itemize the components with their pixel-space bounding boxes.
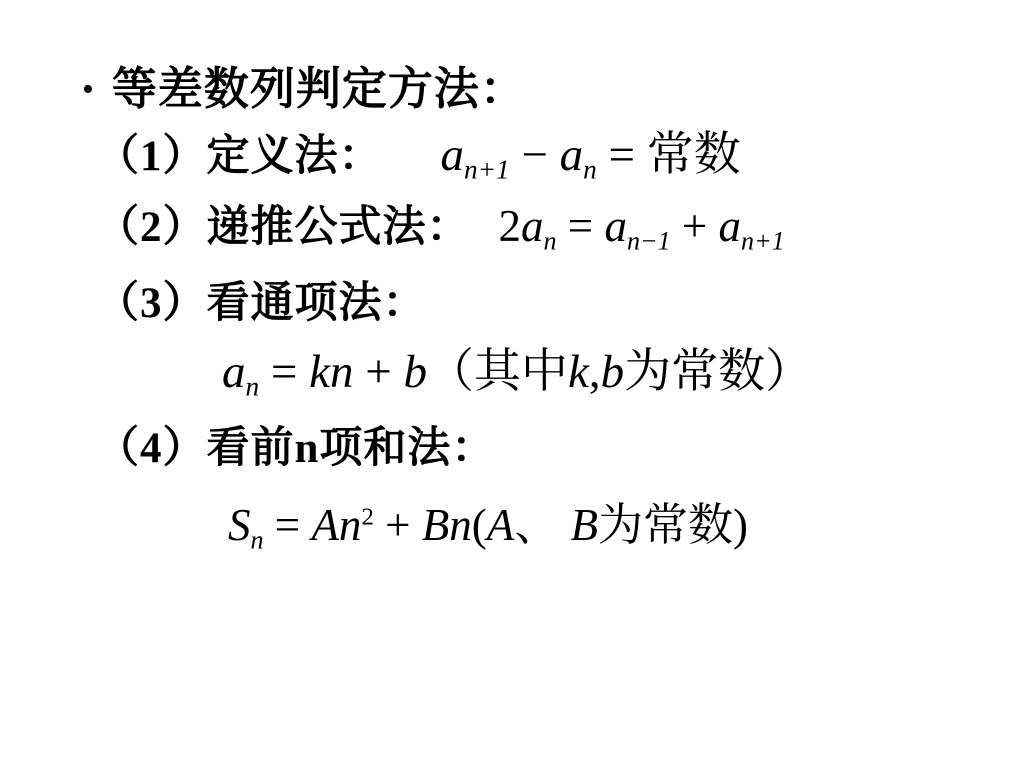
method-2-label: （2）递推公式法： [96, 193, 471, 254]
method-1-label: （1）定义法： [96, 122, 383, 183]
formula-general-term: an = kn + b（其中k,b为常数） [222, 334, 812, 403]
method-3-label: （3）看通项法： [96, 269, 427, 330]
slide: • 等差数列判定方法： （1）定义法： an+1 − an = 常数 （2）递推… [0, 0, 1024, 768]
title-line: • 等差数列判定方法： [82, 52, 526, 117]
method-1-line: （1）定义法： an+1 − an = 常数 [96, 117, 741, 186]
formula-definition: an+1 − an = 常数 [441, 117, 741, 186]
method-4-formula-line: Sn = An2 + Bn(A、 B为常数) [228, 488, 748, 555]
page-title: 等差数列判定方法： [112, 52, 526, 117]
method-3-formula-line: an = kn + b（其中k,b为常数） [222, 334, 812, 403]
bullet-icon: • [82, 73, 94, 107]
method-4-line: （4）看前n项和法： [96, 414, 495, 475]
formula-partial-sum: Sn = An2 + Bn(A、 B为常数) [228, 488, 748, 555]
formula-recurrence: 2an = an−1 + an+1 [499, 200, 785, 256]
method-3-line: （3）看通项法： [96, 269, 427, 330]
method-4-label: （4）看前n项和法： [96, 414, 495, 475]
method-2-line: （2）递推公式法： 2an = an−1 + an+1 [96, 193, 785, 256]
